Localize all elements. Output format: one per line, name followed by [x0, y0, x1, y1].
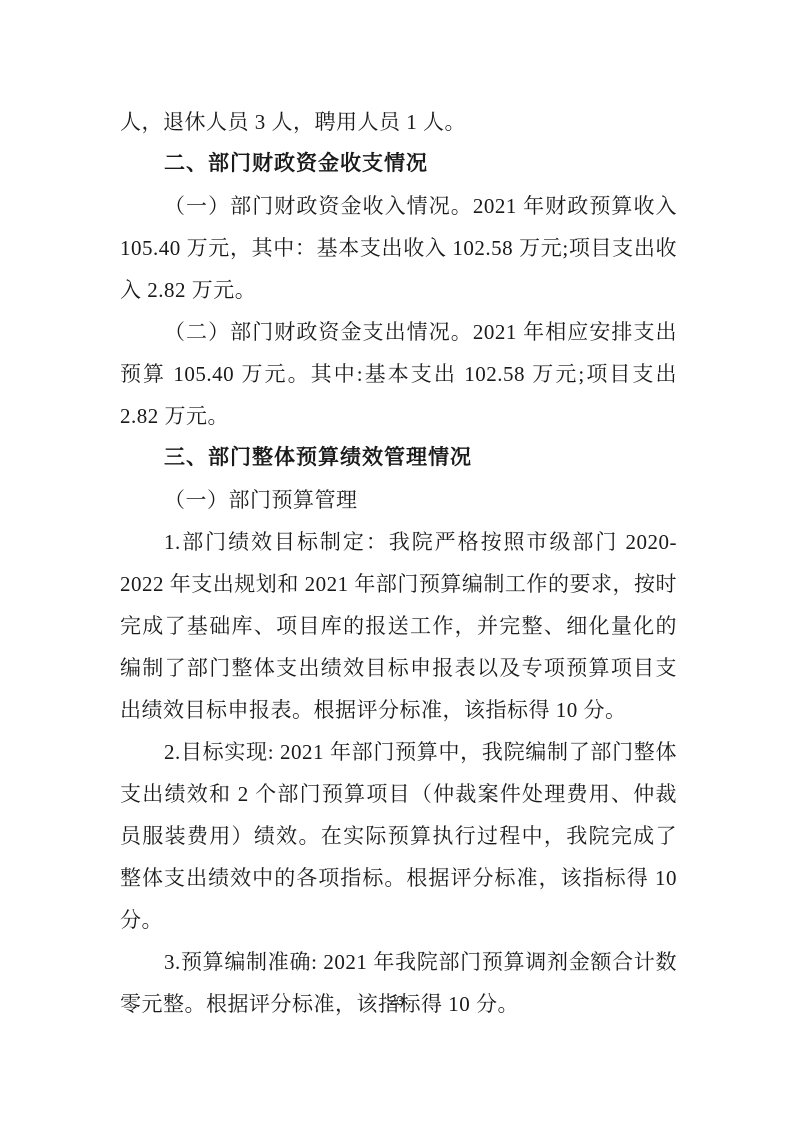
paragraph-staff-counts: 人，退休人员 3 人，聘用人员 1 人。	[120, 101, 677, 143]
paragraph-income: （一）部门财政资金收入情况。2021 年财政预算收入 105.40 万元，其中：…	[120, 185, 677, 311]
section-heading-2: 二、部门财政资金收支情况	[120, 143, 677, 185]
section-heading-3: 三、部门整体预算绩效管理情况	[120, 437, 677, 479]
paragraph-budget-management-subheading: （一）部门预算管理	[120, 479, 677, 521]
page-footer: 23	[0, 992, 793, 1010]
paragraph-goal-achievement: 2.目标实现: 2021 年部门预算中，我院编制了部门整体支出绩效和 2 个部门…	[120, 731, 677, 941]
document-page: 人，退休人员 3 人，聘用人员 1 人。 二、部门财政资金收支情况 （一）部门财…	[0, 0, 793, 1122]
page-number: 23	[389, 993, 403, 1008]
paragraph-goal-setting: 1.部门绩效目标制定：我院严格按照市级部门 2020-2022 年支出规划和 2…	[120, 521, 677, 731]
document-body: 人，退休人员 3 人，聘用人员 1 人。 二、部门财政资金收支情况 （一）部门财…	[120, 101, 677, 1025]
paragraph-expenditure: （二）部门财政资金支出情况。2021 年相应安排支出预算 105.40 万元。其…	[120, 311, 677, 437]
paragraph-budget-accuracy: 3.预算编制准确: 2021 年我院部门预算调剂金额合计数零元整。根据评分标准，…	[120, 941, 677, 1025]
